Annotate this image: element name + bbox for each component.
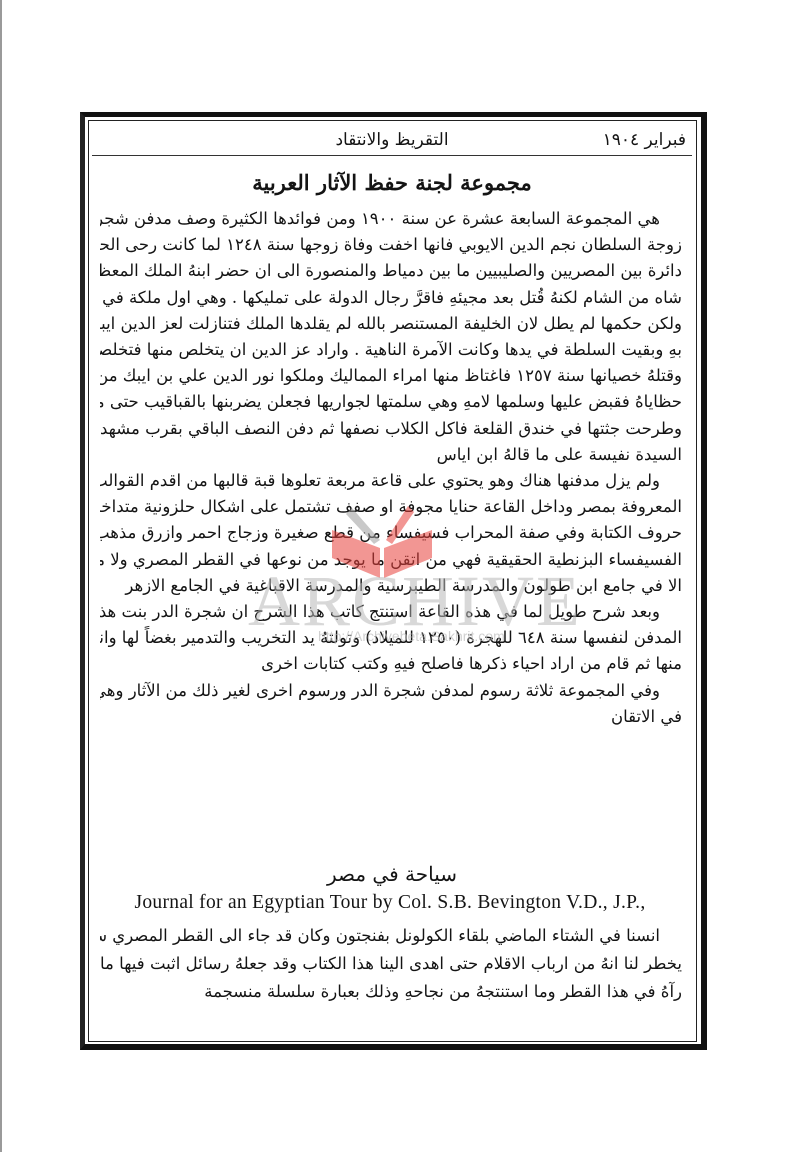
article-body: انسنا في الشتاء الماضي بلقاء الكولونل بف… bbox=[100, 922, 682, 1006]
header-rule bbox=[92, 155, 692, 156]
text-line: حظاياهُ فقبض عليها وسلمها لامهِ وهي سلمت… bbox=[100, 389, 682, 415]
watermark-url: http://Archivebeta.Sakhrit.com bbox=[318, 628, 505, 644]
text-line: يخطر لنا انهُ من ارباب الاقلام حتى اهدى … bbox=[100, 950, 682, 978]
text-line: زوجة السلطان نجم الدين الايوبي فانها اخف… bbox=[100, 232, 682, 258]
text-line: دائرة بين المصريين والصليبيين ما بين دمي… bbox=[100, 258, 682, 284]
article-title: مجموعة لجنة حفظ الآثار العربية bbox=[92, 170, 692, 195]
text-line: رآهُ في هذا القطر وما استنتجهُ من نجاحهِ… bbox=[100, 978, 682, 1006]
english-title: Journal for an Egyptian Tour by Col. S.B… bbox=[96, 892, 684, 914]
scan-edge bbox=[0, 0, 2, 1152]
text-line: ولم يزل مدفنها هناك وهو يحتوي على قاعة م… bbox=[100, 468, 682, 494]
text-line: في الاتقان bbox=[100, 704, 682, 730]
text-line: هي المجموعة السابعة عشرة عن سنة ١٩٠٠ ومن… bbox=[100, 206, 682, 232]
text-line: انسنا في الشتاء الماضي بلقاء الكولونل بف… bbox=[100, 922, 682, 950]
text-line: وفي المجموعة ثلاثة رسوم لمدفن شجرة الدر … bbox=[100, 678, 682, 704]
text-line: منها ثم قام من اراد احياء ذكرها فاصلح في… bbox=[100, 651, 682, 677]
text-line: شاه من الشام لكنهُ قُتل بعد مجيئهِ فاقرَ… bbox=[100, 285, 682, 311]
running-head: فبراير ١٩٠٤ التقريظ والانتقاد bbox=[92, 128, 692, 156]
section-title: التقريظ والانتقاد bbox=[92, 130, 692, 150]
text-line: وطرحت جثتها في خندق القلعة فاكل الكلاب ن… bbox=[100, 416, 682, 442]
text-line: ولكن حكمها لم يطل لان الخليفة المستنصر ب… bbox=[100, 311, 682, 337]
article-body: هي المجموعة السابعة عشرة عن سنة ١٩٠٠ ومن… bbox=[100, 206, 682, 730]
article-title: سياحة في مصر bbox=[92, 862, 692, 886]
text-line: السيدة نفيسة على ما قالهُ ابن اياس bbox=[100, 442, 682, 468]
text-line: وقتلهُ خصيانها سنة ١٢٥٧ فاغتاظ منها امرا… bbox=[100, 363, 682, 389]
text-line: بهِ وبقيت السلطة في يدها وكانت الآمرة ال… bbox=[100, 337, 682, 363]
